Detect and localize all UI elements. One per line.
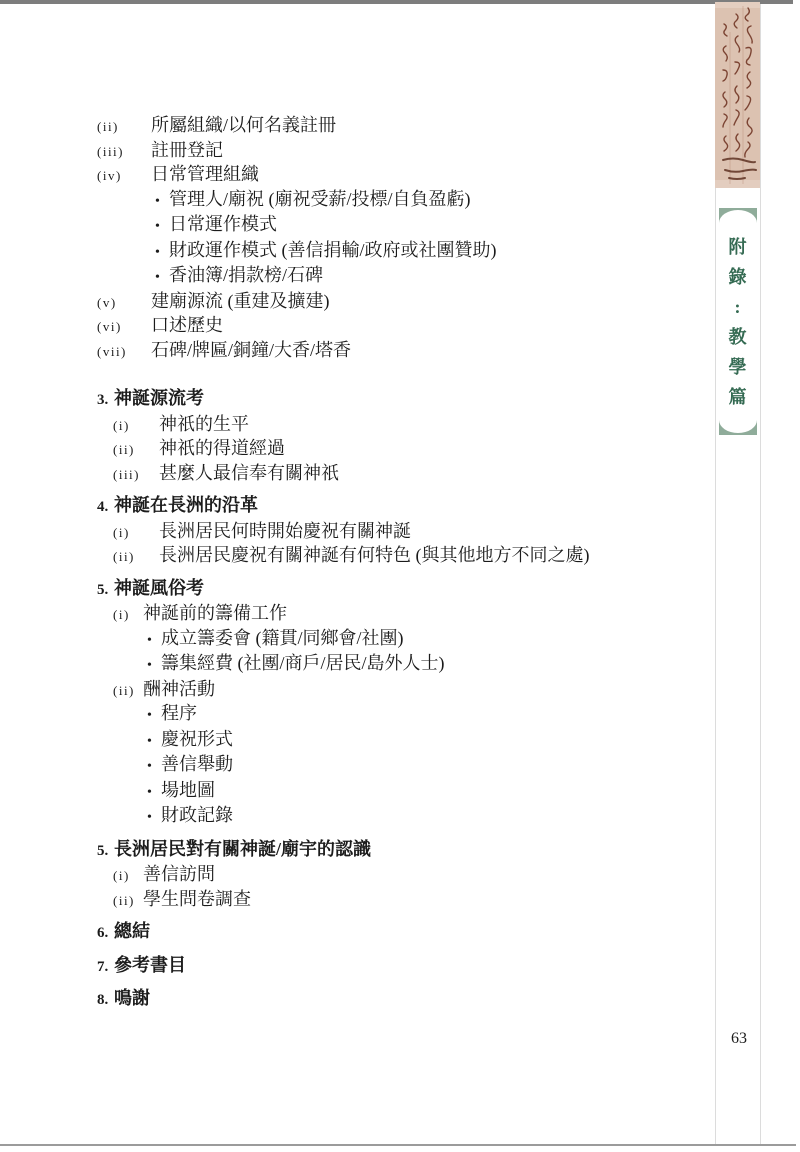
outline-sub-item: (ii)酬神活動 xyxy=(113,678,697,703)
item-text: 日常管理組織 xyxy=(151,164,259,184)
outline-bullet-item: •日常運作模式 xyxy=(155,213,697,239)
bullet-icon: • xyxy=(147,730,161,754)
item-label: (i) xyxy=(113,603,143,627)
item-label: (ii) xyxy=(113,889,143,913)
item-text: 善信訪問 xyxy=(143,864,215,884)
outline-heading: 3.神誕源流考 xyxy=(97,387,697,413)
appendix-tab-char: : xyxy=(735,292,741,322)
item-text: 註冊登記 xyxy=(151,140,223,160)
bullet-icon: • xyxy=(155,190,169,214)
appendix-tab-char: 附 xyxy=(729,232,747,262)
item-text: 香油簿/捐款榜/石碑 xyxy=(169,265,323,285)
bullet-icon: • xyxy=(155,215,169,239)
bullet-icon: • xyxy=(147,806,161,830)
heading-number: 8. xyxy=(97,989,114,1013)
item-label: (ii) xyxy=(113,679,143,703)
outline-bullet-item: •程序 xyxy=(147,702,697,728)
item-text: 神誕前的籌備工作 xyxy=(143,603,287,623)
outline-sub-item: (i)神祇的生平 xyxy=(113,413,697,438)
tab-bracket-bottom-icon xyxy=(719,420,757,435)
outline-sub-item: (iii)註冊登記 xyxy=(97,139,697,164)
heading-number: 3. xyxy=(97,389,114,413)
item-text: 善信舉動 xyxy=(161,754,233,774)
item-label: (iv) xyxy=(97,164,151,188)
item-label: (vi) xyxy=(97,315,151,339)
outline-heading: 5.長洲居民對有關神誕/廟宇的認識 xyxy=(97,838,697,864)
bullet-icon: • xyxy=(147,629,161,653)
bullet-icon: • xyxy=(147,755,161,779)
item-text: 長洲居民何時開始慶祝有關神誕 xyxy=(159,521,411,541)
item-text: 石碑/牌匾/銅鐘/大香/塔香 xyxy=(151,340,351,360)
item-text: 成立籌委會 (籍貫/同鄉會/社團) xyxy=(161,628,404,648)
outline-heading: 4.神誕在長洲的沿革 xyxy=(97,494,697,520)
item-text: 財政運作模式 (善信捐輸/政府或社團贊助) xyxy=(169,240,497,260)
calligraphy-strip xyxy=(715,2,760,188)
appendix-tab-char: 教 xyxy=(729,322,747,352)
item-text: 神祇的生平 xyxy=(159,414,249,434)
outline-sub-item: (vii)石碑/牌匾/銅鐘/大香/塔香 xyxy=(97,339,697,364)
page-number: 63 xyxy=(726,1030,752,1048)
item-label: (ii) xyxy=(97,115,151,139)
outline-sub-item: (v)建廟源流 (重建及擴建) xyxy=(97,290,697,315)
heading-number: 4. xyxy=(97,496,114,520)
item-text: 建廟源流 (重建及擴建) xyxy=(151,291,330,311)
outline-sub-item: (ii)所屬組織/以何名義註冊 xyxy=(97,114,697,139)
outline-sub-item: (iv)日常管理組織 xyxy=(97,163,697,188)
item-label: (ii) xyxy=(113,438,159,462)
scan-top-edge xyxy=(0,0,793,4)
heading-number: 5. xyxy=(97,579,114,603)
item-label: (v) xyxy=(97,291,151,315)
outline-sub-item: (ii)學生問卷調查 xyxy=(113,888,697,913)
outline-sub-item: (ii)長洲居民慶祝有關神誕有何特色 (與其他地方不同之處) xyxy=(113,544,697,569)
outline-sub-item: (i)善信訪問 xyxy=(113,863,697,888)
scanned-book-page: { "page_number": "63", "bullet_glyph": "… xyxy=(0,0,800,1152)
bullet-icon: • xyxy=(147,654,161,678)
outline-sub-item: (i)神誕前的籌備工作 xyxy=(113,602,697,627)
item-text: 管理人/廟祝 (廟祝受薪/投標/自負盈虧) xyxy=(169,189,471,209)
outline-heading: 5.神誕風俗考 xyxy=(97,577,697,603)
calligraphy-strip-image xyxy=(715,2,760,188)
outline-bullet-item: •財政運作模式 (善信捐輸/政府或社團贊助) xyxy=(155,239,697,265)
item-label: (ii) xyxy=(113,545,159,569)
heading-number: 6. xyxy=(97,922,114,946)
item-text: 長洲居民慶祝有關神誕有何特色 (與其他地方不同之處) xyxy=(159,545,590,565)
bullet-icon: • xyxy=(147,781,161,805)
appendix-tab-char: 錄 xyxy=(729,262,747,292)
outline-sub-item: (vi)口述歷史 xyxy=(97,314,697,339)
appendix-tab-char: 篇 xyxy=(729,382,747,412)
sidebar-rule-right xyxy=(760,4,761,1144)
item-text: 籌集經費 (社團/商戶/居民/島外人士) xyxy=(161,653,445,673)
outline-bullet-item: •財政記錄 xyxy=(147,804,697,830)
item-label: (iii) xyxy=(97,140,151,164)
item-label: (i) xyxy=(113,864,143,888)
outline-bullet-item: •場地圖 xyxy=(147,779,697,805)
item-label: (i) xyxy=(113,521,159,545)
appendix-tab-text: 附錄:教學篇 xyxy=(729,232,747,412)
item-text: 所屬組織/以何名義註冊 xyxy=(151,115,336,135)
item-text: 慶祝形式 xyxy=(161,729,233,749)
item-text: 酬神活動 xyxy=(143,679,215,699)
outline-bullet-item: •慶祝形式 xyxy=(147,728,697,754)
bullet-icon: • xyxy=(155,266,169,290)
heading-text: 鳴謝 xyxy=(114,988,150,1008)
outline-heading: 8.鳴謝 xyxy=(97,987,697,1013)
heading-text: 神誕源流考 xyxy=(114,388,204,408)
outline-bullet-item: •管理人/廟祝 (廟祝受薪/投標/自負盈虧) xyxy=(155,188,697,214)
outline-sub-item: (iii)甚麼人最信奉有關神祇 xyxy=(113,462,697,487)
item-label: (vii) xyxy=(97,340,151,364)
heading-text: 總結 xyxy=(114,921,150,941)
outline-bullet-item: •善信舉動 xyxy=(147,753,697,779)
item-label: (i) xyxy=(113,414,159,438)
bullet-icon: • xyxy=(155,241,169,265)
item-text: 神祇的得道經過 xyxy=(159,438,285,458)
appendix-tab-char: 學 xyxy=(729,352,747,382)
outline-sub-item: (i)長洲居民何時開始慶祝有關神誕 xyxy=(113,520,697,545)
outline-bullet-item: •成立籌委會 (籍貫/同鄉會/社團) xyxy=(147,627,697,653)
item-label: (iii) xyxy=(113,463,159,487)
tab-bracket-top-icon xyxy=(719,208,757,223)
heading-number: 7. xyxy=(97,956,114,980)
item-text: 甚麼人最信奉有關神祇 xyxy=(159,463,339,483)
item-text: 場地圖 xyxy=(161,780,215,800)
heading-text: 神誕風俗考 xyxy=(114,578,204,598)
outline-heading: 6.總結 xyxy=(97,920,697,946)
bullet-icon: • xyxy=(147,704,161,728)
item-text: 程序 xyxy=(161,703,197,723)
outline: (ii)所屬組織/以何名義註冊(iii)註冊登記(iv)日常管理組織•管理人/廟… xyxy=(97,114,697,1013)
heading-text: 參考書目 xyxy=(114,955,186,975)
heading-text: 神誕在長洲的沿革 xyxy=(114,495,258,515)
outline-heading: 7.參考書目 xyxy=(97,954,697,980)
scan-bottom-edge xyxy=(0,1144,796,1146)
item-text: 口述歷史 xyxy=(151,315,223,335)
outline-sub-item: (ii)神祇的得道經過 xyxy=(113,437,697,462)
item-text: 財政記錄 xyxy=(161,805,233,825)
heading-text: 長洲居民對有關神誕/廟宇的認識 xyxy=(114,839,371,859)
item-text: 日常運作模式 xyxy=(169,214,277,234)
outline-bullet-item: •籌集經費 (社團/商戶/居民/島外人士) xyxy=(147,652,697,678)
appendix-tab: 附錄:教學篇 xyxy=(715,208,760,435)
outline-bullet-item: •香油簿/捐款榜/石碑 xyxy=(155,264,697,290)
item-text: 學生問卷調查 xyxy=(143,889,251,909)
heading-number: 5. xyxy=(97,840,114,864)
